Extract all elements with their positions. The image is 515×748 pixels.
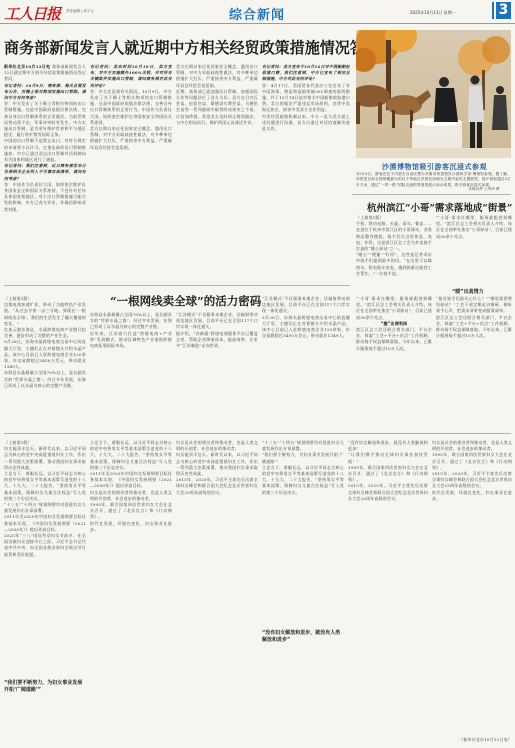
women-paragraph: 妇女是社会的建设者和推动者，也是人类文明的开创者、社会进步的推动者。 [176,440,258,452]
women-col-3: 妇女是社会的建设者和推动者，也是人类文明的开创者、社会进步的推动者。 妇女能顶半… [176,440,258,742]
lead-paragraph: 中美经贸磋商机制以来，中方一直与美方就上述问题进行沟通。双方应通过对话协商解决彼… [262,114,350,133]
ecommerce-col-1: （上接第1版） 边境电商加速扩张，带动了当地特色产业发展。“从过去守着一亩三分地… [4,296,86,430]
ecommerce-paragraph: 9月26日，东海水晶跨境电商交易中心的直播大厅里，主播们正在对着镜头介绍水晶产品… [262,315,350,340]
women-paragraph: 妇女是社会的建设者和推动者，也是人类文明的开创者、社会进步的推动者。 [90,490,172,502]
ecommerce-col-2: 东海县水晶储量占全国70%以上，是名副其实的“世界水晶之都”。经过多年发展，东海… [90,312,172,430]
page-number-bar [492,2,494,19]
section-title: 综合新闻 [229,4,285,23]
hangzhou-subhead-1: “暖”出真情力 [452,288,484,295]
lead-question-2: 有记者问：我们注意到，近日商务部发布公告将相关企业列入不可靠实体清单，请问有何考… [4,163,86,182]
ecommerce-paragraph: 在连云港东海县，水晶跨境电商产业链日趋完善，逐步形成了完整的产业生态。 [4,327,86,339]
hangzhou-paragraph: 滨江区总工会还联合相关部门、平台企业，探索“工会+平台+站点”工作机制，推动骑手… [356,327,432,352]
women-paragraph: 2011年至2020年中国妇女发展纲要目标任务基本实现，《中国妇女发展纲要（20… [90,471,172,490]
women-closing-credit: （新华社北京10月12日电） [448,737,512,745]
lead-paragraph: 近期，商务部已就加强出口管制、加强国际合作等问题回应了各方关切。双方在日内瓦会谈… [176,89,258,126]
museum-photo [356,30,511,158]
lead-paragraph: 答：中国作为负责任大国，始终坚定维护自身国家安全和国际关系准则，不会针对任何具体… [4,182,86,213]
hangzhou-paragraph: “‘小哥’需求在哪里，服务就跟进到哪里。”滨江区总工会相关负责人介绍，该区在全国… [436,215,512,240]
women-paragraph: 1995年，联合国第四次世界妇女大会在北京召开，通过了《北京宣言》和《行动纲领》… [432,452,512,471]
lead-paragraph: 中国的出口管制不是禁止出口，对符合规定的申请将予以许可。在推出新的出口管制措施前… [4,138,86,163]
ecommerce-paragraph: 东海县水晶储量占全国70%以上，是名副其实的“世界水晶之都”。经过多年发展，东海… [4,370,86,389]
newspaper-page: 工人日报 责任编辑 | 周子元 综合新闻 2025年10月13日 星期一 3 商… [0,0,515,748]
women-paragraph: “十三五”“十四五”规划纲要均对促进妇女儿童发展作出专章部署。 [262,440,344,452]
women-paragraph: 2025年“三八”国际劳动妇女节前夕，在全国各族妇女迎接节日之际，习近平总书记代… [4,533,86,558]
hangzhou-col-4: “最近骑手们最关心什么？”“哪里需要增设驿站？”工会干部定期走访调研，倾听骑手心… [436,296,512,430]
women-paragraph: 妇女是社会的建设者和推动者，也是人类文明的开创者、社会进步的推动者。 [432,440,512,452]
photo-title: 沙漠博物馆吸引游客沉浸式参观 [382,162,487,172]
women-col-5: “没有妇女解放和进步，就没有人类解放和进步” “让我们携手推动全球妇女事业加快发… [348,440,428,742]
hangzhou-paragraph: “最近骑手们最关心什么？”“哪里需要增设驿站？”工会干部定期走访调研，倾听骑手心… [436,296,512,315]
women-paragraph: 2015年，2020年，习近平主席先后出席全球妇女峰会和联合国大会纪念北京世界妇… [432,471,512,490]
ecommerce-paragraph: 据介绍，“苏新通”跨境电商服务平台已覆盖全省，帮助企业降低成本、提高效率，让更多… [176,331,258,350]
hangzhou-paragraph: 滨江区总工会还联合相关部门、平台企业，探索“工会+平台+站点”工作机制，推动骑手… [436,315,512,340]
women-paragraph: 立足当下，着眼长远，以习近平同志为核心的党中央将男女平等基本国策写进党的十八大、… [90,440,172,471]
women-paragraph: “我们要不断努力，为妇女事业发展开拓‘广阔道路’” [262,452,344,464]
ecommerce-paragraph: 9月26日，东海水晶跨境电商交易中心的直播大厅里，主播们正在对着镜头介绍水晶产品… [4,339,86,370]
ecommerce-col-3: “江苏模式”不仅服务本地企业，还辐射带动周边地区发展。目前平台已在全国117个口… [176,312,258,430]
women-paragraph: 2015年，2020年，习近平主席先后出席全球妇女峰会和联合国大会纪念北京世界妇… [348,483,428,502]
lead-question-1: 有记者问：10月9日，商务部、海关总署发布公告，对稀土相关物项实施出口管制。请问… [4,83,86,102]
ecommerce-headline: “一根网线卖全球”的活力密码 [110,293,261,309]
women-paragraph: 立足当下，着眼长远，以习近平同志为核心的党中央将男女平等基本国策写进党的十八大、… [4,471,86,502]
masthead: 工人日报 责任编辑 | 周子元 综合新闻 2025年10月13日 星期一 3 [0,0,515,24]
women-paragraph: 妇女能顶半边天。新时代以来，以习近平同志为核心的党中央高度重视妇女工作，作出一系… [176,452,258,477]
hangzhou-headline: 杭州滨江“小哥”需求落地成“街景” [367,200,512,214]
page-number: 3 [496,2,511,19]
lead-article-col-4: 有记者问：美方宣布于10月14日对中国船舶征收港口费，我们注意到，中方已宣布了相… [262,64,350,280]
women-col-1: （上接第1版） 妇女能顶半边天。新时代以来，以习近平同志为核心的党中央高度重视妇… [4,440,86,742]
lead-headline: 商务部新闻发言人就近期中方相关经贸政策措施情况答记者问 [4,36,410,58]
lead-article-col-2: 有记者问：美东时间10月10日，美方宣布，对中方实施额外100%关税，并对所有关… [90,64,172,280]
lead-question-4: 有记者问：美方宣布于10月14日对中国船舶征收港口费，我们注意到，中方已宣布了相… [262,64,350,83]
ecommerce-col-4: “江苏模式”不仅服务本地企业，还辐射带动周边地区发展。目前平台已在全国117个口… [262,296,350,430]
hangzhou-paragraph: “‘小哥’需求在哪里，服务就跟进到哪里。”滨江区总工会相关负责人介绍，该区在全国… [356,296,432,321]
hangzhou-paragraph: 手机、移动电源、头盔、雨衣、餐盒……走进位于杭州市滨江区的小哥驿站，各类物品整齐… [356,221,432,252]
hangzhou-col-1: （上接第1版） 手机、移动电源、头盔、雨衣、餐盒……走进位于杭州市滨江区的小哥驿… [356,215,432,293]
lead-question-3: 有记者问：美东时间10月10日，美方宣布，对中方实施额外100%关税，并对所有关… [90,64,172,89]
ecommerce-paragraph: 东海县水晶储量占全国70%以上，是名副其实的“世界水晶之都”。经过多年发展，东海… [90,312,172,331]
lead-paragraph: 答：4月17日，美国贸易代表办公室宣布了对中国海事、物流和造船领域301调查的最… [262,83,350,114]
women-paragraph: 1995年，联合国第四次世界妇女大会在北京召开，通过了《北京宣言》和《行动纲领》… [348,465,428,484]
divider [4,433,511,434]
women-paragraph: 妇女能顶半边天。新时代以来，以习近平同志为核心的党中央高度重视妇女工作，作出一系… [4,446,86,471]
issue-date: 2025年10月13日 星期一 [410,10,456,16]
photo-credit: 本报记者 王伟伟 摄 [468,187,499,192]
women-paragraph: 1995年，联合国第四次世界妇女大会在北京召开，通过了《北京宣言》和《行动纲领》… [90,502,172,521]
ecommerce-paragraph: “江苏模式”不仅服务本地企业，还辐射带动周边地区发展。目前平台已在全国117个口… [262,296,350,315]
divider [352,194,511,195]
women-paragraph: “让我们携手推动全球妇女事业加快发展！” [348,452,428,464]
women-paragraph: 2015年，2020年，习近平主席先后出席全球妇女峰会和联合国大会纪念北京世界妇… [176,477,258,496]
lead-article-col-1: 新华社北京10月12日电 商务部新闻发言人12日就近期中方相关经贸政策措施情况答… [4,64,86,280]
women-subhead-1-text: “我们要不断努力，为妇女事业发展开拓‘广阔道路’” [4,680,82,693]
women-subhead-2-text: “没有妇女解放和进步，就没有人类解放和进步” [262,630,340,643]
newspaper-logo: 工人日报 [4,3,60,24]
lead-paragraph: 答：中方注意到有关情况。10月9日，中方发布了关于稀土等相关物项的出口管制措施，… [90,89,172,126]
women-paragraph: 2011年至2020年中国妇女发展纲要目标任务基本实现，《中国妇女发展纲要（20… [4,514,86,533]
museum-photo-image [356,30,511,158]
editor-credit: 责任编辑 | 周子元 [66,9,94,14]
women-paragraph: “十三五”“十四五”规划纲要均对促进妇女儿童发展作出专章部署。 [4,502,86,514]
hangzhou-paragraph: “暖心”“便捷”“好用”，这些是记者采访中骑手们提到最多的词。“在这里可以喝热水… [356,252,432,277]
ecommerce-paragraph: “江苏模式”不仅服务本地企业，还辐射带动周边地区发展。目前平台已在全国117个口… [176,312,258,331]
lead-article-col-3: 美方长期以来泛化国家安全概念，滥用出口管制，对中方采取歧视性做法，对多种单边措施… [176,64,258,280]
lead-paragraph: 美方长期以来泛化国家安全概念，滥用出口管制，对中方采取歧视性做法，对多种单边措施… [176,64,258,89]
women-col-2: 立足当下，着眼长远，以习近平同志为核心的党中央将男女平等基本国策写进党的十八大、… [90,440,172,742]
women-paragraph: 立足当下，着眼长远，以习近平同志为核心的党中央将男女平等基本国策写进党的十八大、… [262,465,344,496]
lead-paragraph: 答：中方发布了关于稀土等相关物项的出口管制措施。这是中国政府依据法律法规，完善自… [4,101,86,138]
women-col-4: “十三五”“十四五”规划纲要均对促进妇女儿童发展作出专章部署。 “我们要不断努力… [262,440,344,742]
ecommerce-paragraph: 近年来，江苏着力打造“跨境电商+产业带”发展模式，推动区域特色产业借助跨境电商拓… [90,331,172,350]
women-paragraph: “没有妇女解放和进步，就没有人类解放和进步” [348,440,428,452]
women-subhead-1: “我们要不断努力，为妇女事业发展开拓‘广阔道路’” [4,680,86,694]
hangzhou-col-2: “‘小哥’需求在哪里，服务就跟进到哪里。”滨江区总工会相关负责人介绍，该区在全国… [436,215,512,293]
women-col-6: 妇女是社会的建设者和推动者，也是人类文明的开创者、社会进步的推动者。 1995年… [432,440,512,736]
women-paragraph: 时代在发展，环境在变化，妇女事业在进步。 [432,490,512,502]
lead-paragraph: 美方长期以来泛化国家安全概念，滥用出口管制，对中方采取歧视性做法，对多种单边措施… [90,126,172,151]
hangzhou-col-3: “‘小哥’需求在哪里，服务就跟进到哪里。”滨江区总工会相关负责人介绍，该区在全国… [356,296,432,430]
women-subhead-2: “没有妇女解放和进步，就没有人类解放和进步” [262,630,344,644]
women-paragraph: 时代在发展，环境在变化，妇女事业在进步。 [90,521,172,533]
dateline: 新华社北京10月12日电 [4,64,50,69]
ecommerce-paragraph: 边境电商加速扩张，带动了当地特色产业发展。“从过去守着一亩三分地，到现在‘一根网… [4,302,86,327]
divider [4,285,350,286]
